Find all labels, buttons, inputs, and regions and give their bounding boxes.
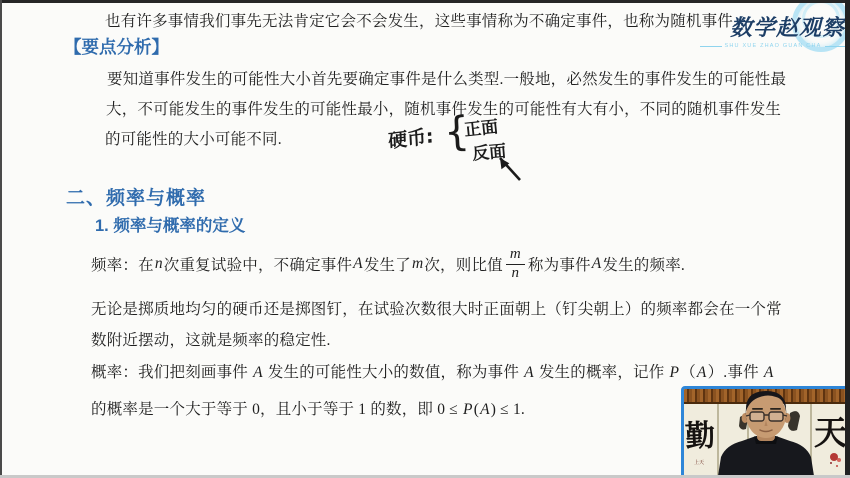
frame-edge-left (0, 0, 2, 478)
prob-seg: 概率：我们把刻画事件 (91, 364, 252, 381)
section-heading: 二、频率与概率 (66, 183, 206, 210)
lecture-slide: 数学赵观察 SHU XUE ZHAO GUAN CHA 也有许多事情我们事先无法… (0, 0, 850, 478)
fraction-denominator: n (512, 265, 520, 282)
var-A: A (352, 255, 364, 273)
formula-seg: ) ≤ 1. (491, 401, 525, 418)
var-A: A (591, 255, 603, 273)
var-n: n (154, 255, 164, 273)
analysis-line-1: 要知道事件发生的可能性大小首先要确定事件是什么类型.一般地，必然发生的事件发生的… (107, 70, 786, 90)
var-A: A (252, 364, 264, 381)
handwriting-label: 硬币: (387, 121, 434, 154)
var-m: m (411, 255, 424, 273)
var-P: P (462, 401, 474, 418)
instructor-figure (684, 389, 848, 476)
logo-title: 数学赵观察 (730, 11, 845, 42)
fraction-numerator: m (506, 247, 525, 265)
prob-seg: 发生的可能性大小的数值，称为事件 (264, 364, 523, 381)
freq-seg: 称为事件 (528, 253, 591, 275)
probability-line-1: 概率：我们把刻画事件 A 发生的可能性大小的数值，称为事件 A 发生的概率，记作… (91, 363, 775, 383)
logo-subtitle: SHU XUE ZHAO GUAN CHA (725, 43, 822, 49)
logo-dash-right (825, 46, 847, 47)
intro-line: 也有许多事情我们事先无法肯定它会不会发生，这些事情称为不确定事件，也称为随机事件… (105, 12, 737, 32)
var-A: A (696, 364, 708, 381)
handwritten-annotation: 硬币: { 正面 反面 (386, 110, 546, 182)
stability-line-1: 无论是掷质地均匀的硬币还是掷图钉，在试验次数很大时正面朝上（钉尖朝上）的频率都会… (91, 300, 782, 320)
key-points-heading: 【要点分析】 (64, 34, 169, 59)
prob-seg: ）.事件 (708, 364, 763, 381)
logo-subtitle-row: SHU XUE ZHAO GUAN CHA (700, 43, 846, 49)
freq-seg: 发生的频率. (602, 253, 685, 275)
handwriting-arrow-icon (490, 150, 526, 184)
frame-edge-right (845, 0, 850, 478)
instructor-webcam-video: 勤 天 上天 (681, 386, 850, 478)
probability-line-2: 的概率是一个大于等于 0，且小于等于 1 的数，即 0 ≤ P(A) ≤ 1. (91, 400, 525, 420)
section-subheading: 1. 频率与概率的定义 (95, 212, 245, 236)
stability-line-2: 数附近摆动，这就是频率的稳定性. (91, 331, 331, 351)
prob-seg: 的概率是一个大于等于 0，且小于等于 1 的数，即 (91, 401, 437, 418)
freq-seg: 次，则比值 (424, 253, 503, 275)
analysis-line-3: 的可能性的大小可能不同. (105, 130, 282, 150)
handwriting-option-top: 正面 (463, 112, 499, 140)
freq-seg: 发生了 (364, 253, 411, 275)
frequency-definition-line: 频率：在 n 次重复试验中，不确定事件 A 发生了 m 次，则比值 m n 称为… (91, 242, 685, 286)
var-P: P (669, 364, 681, 381)
var-A: A (763, 364, 775, 381)
fraction-m-over-n: m n (506, 247, 525, 282)
freq-seg: 频率：在 (91, 253, 154, 275)
prob-seg: （ (680, 364, 696, 381)
freq-seg: 次重复试验中，不确定事件 (164, 253, 352, 275)
channel-logo: 数学赵观察 SHU XUE ZHAO GUAN CHA (698, 2, 848, 58)
logo-dash-left (700, 46, 722, 47)
formula-seg: 0 ≤ (437, 401, 462, 418)
var-A: A (523, 364, 535, 381)
var-A: A (479, 401, 491, 418)
prob-seg: 发生的概率，记作 (535, 364, 669, 381)
frame-edge-top (0, 0, 850, 3)
